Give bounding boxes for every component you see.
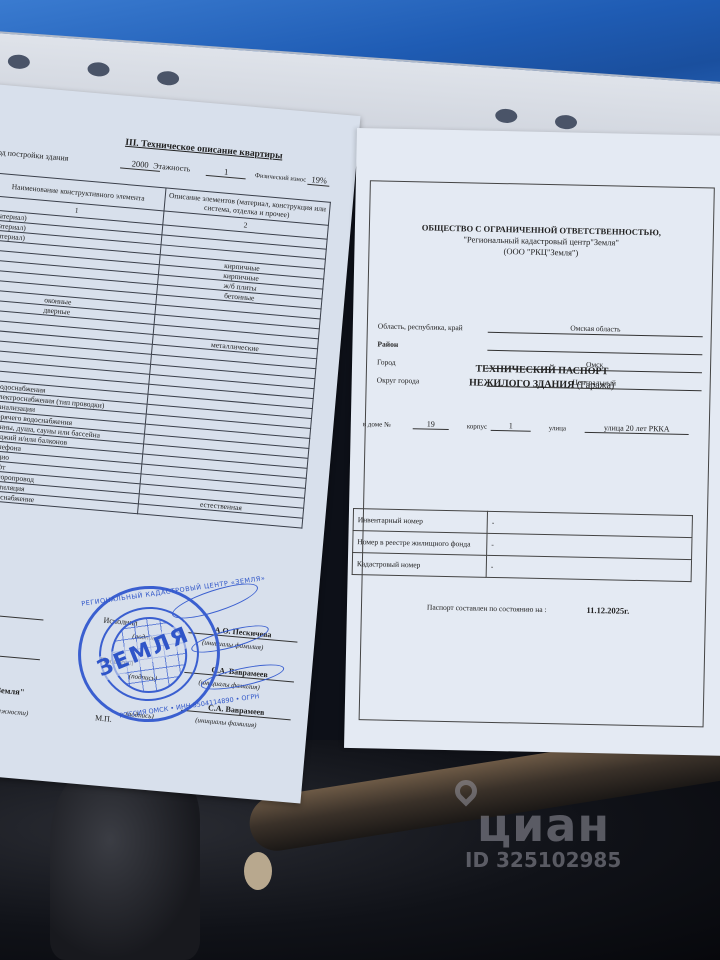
floors: Этажность 1	[153, 160, 247, 179]
year-built: Год постройки здания 2000	[0, 146, 161, 171]
address-region: Область, республика, край Омская область	[378, 321, 698, 328]
registry-numbers-table: Инвентарный номер - Номер в реестре жили…	[352, 508, 693, 582]
signature-row-checker: 11.12.2025г. Проверил С.А. Ваврамеев (по…	[0, 642, 41, 660]
signature-row-director: ООО "РКЦ"Земля" М.П. С.А. Ваврамеев (под…	[0, 680, 25, 697]
address-district: Район	[378, 339, 698, 346]
watermark-brand: циан	[477, 798, 610, 852]
punch-hole	[7, 54, 30, 70]
right-page-title-sheet: ОБЩЕСТВО С ОГРАНИЧЕННОЙ ОТВЕТСТВЕННОСТЬЮ…	[344, 128, 720, 756]
section-title: III. Техническое описание квартиры	[125, 138, 283, 162]
physical-wear: Физический износ 19%	[255, 169, 331, 187]
page-frame: ОБЩЕСТВО С ОГРАНИЧЕННОЙ ОТВЕТСТВЕННОСТЬЮ…	[359, 180, 715, 727]
organization-header: ОБЩЕСТВО С ОГРАНИЧЕННОЙ ОТВЕТСТВЕННОСТЬЮ…	[369, 221, 713, 261]
construction-elements-table: Наименование конструктивного элемента Оп…	[0, 172, 331, 528]
punch-hole	[157, 70, 180, 86]
punch-hole	[555, 114, 578, 130]
listing-id: ID 325102985	[465, 848, 621, 872]
punch-hole	[495, 108, 518, 124]
signature-row-executor: 11.12.2025г. Исполнил А.О. Пескичева (по…	[0, 603, 44, 621]
punch-hole	[87, 62, 110, 78]
rail-end-cap	[244, 852, 272, 890]
